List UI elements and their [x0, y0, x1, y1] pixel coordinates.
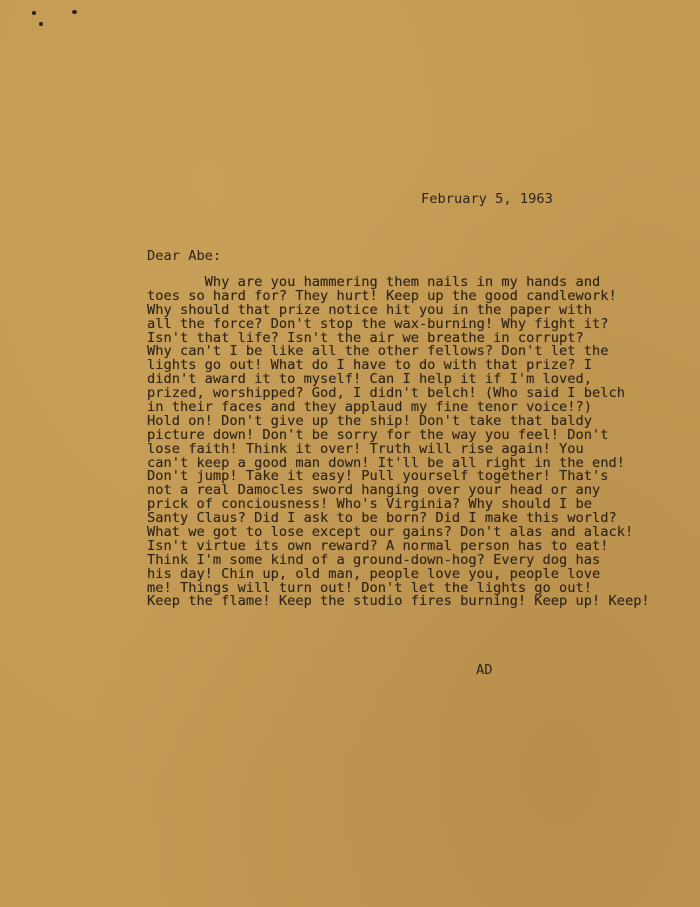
letter-salutation: Dear Abe:	[147, 248, 221, 264]
letter-body: Why are you hammering them nails in my h…	[147, 276, 650, 609]
letter-body-line: Keep the flame! Keep the studio fires bu…	[147, 595, 650, 609]
ink-speck	[32, 11, 36, 15]
ink-speck	[39, 22, 43, 26]
letter-date: February 5, 1963	[421, 191, 553, 207]
letter-page: February 5, 1963 Dear Abe: Why are you h…	[0, 0, 700, 907]
ink-speck	[72, 10, 77, 14]
letter-signature: AD	[476, 662, 492, 678]
